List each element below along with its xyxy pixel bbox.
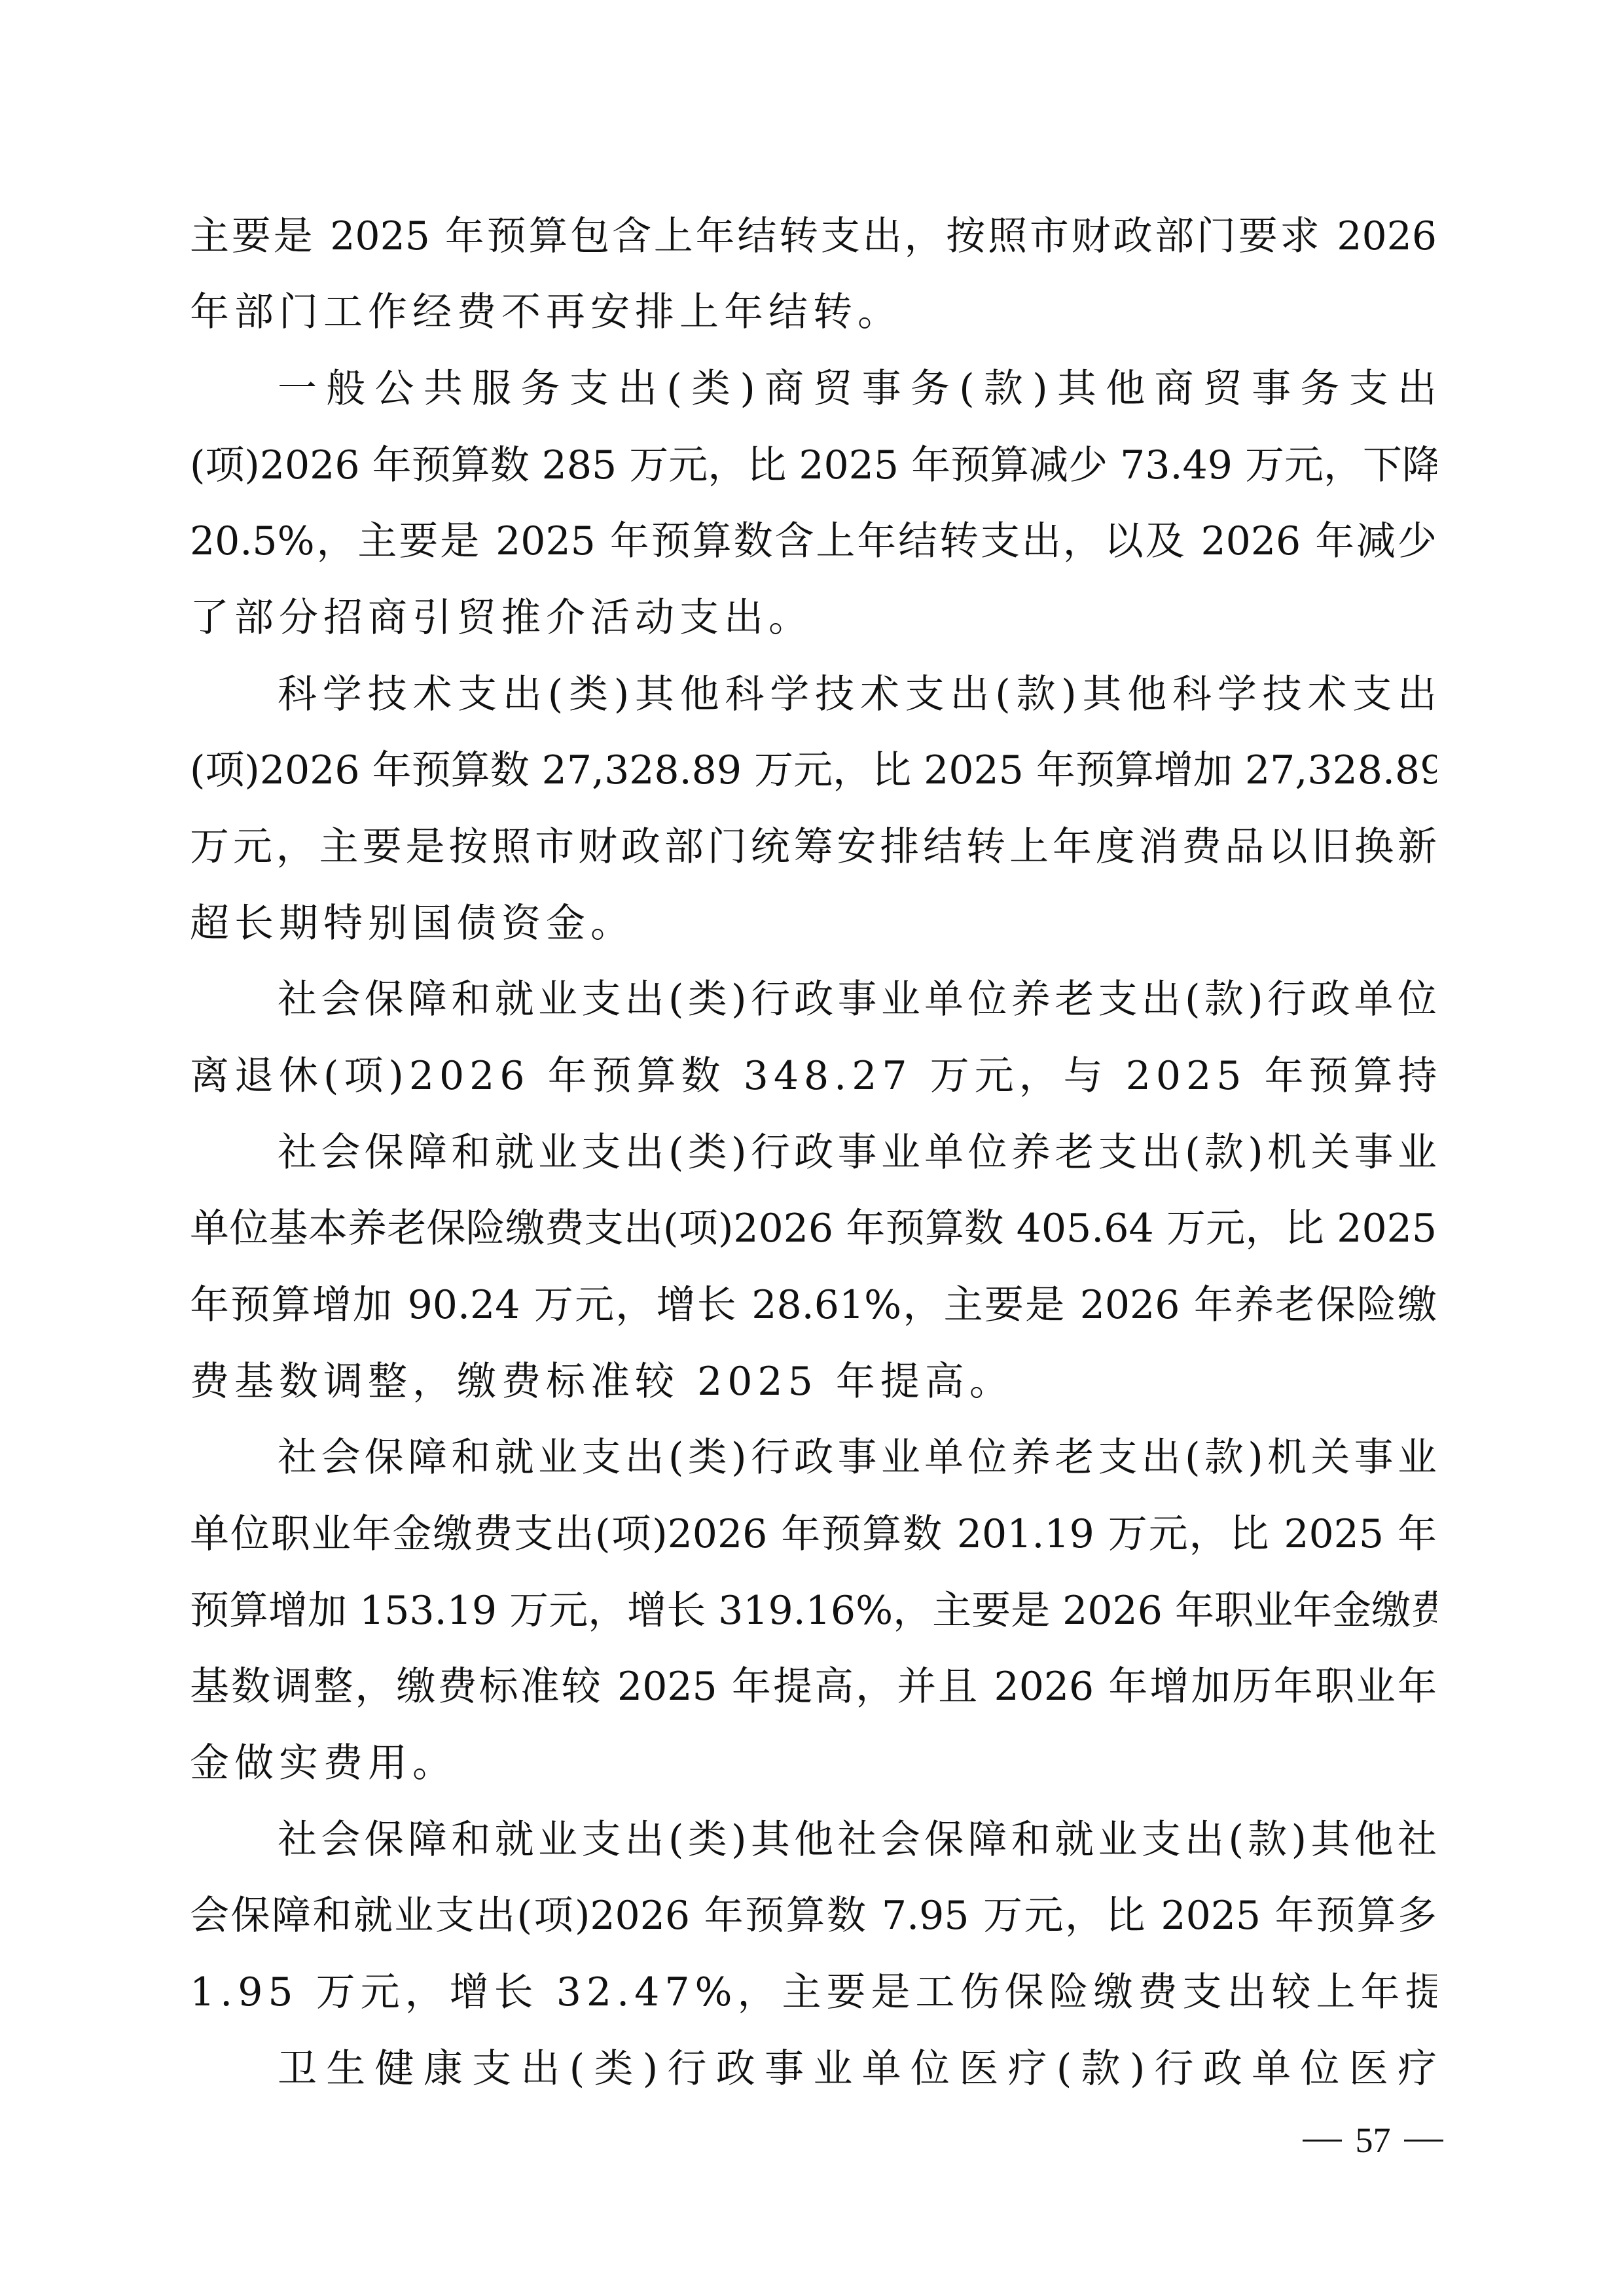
paragraph-first-line: 社会保障和就业支出(类)行政事业单位养老支出(款)机关事业 <box>278 1431 1437 1484</box>
body-text-line: 年部门工作经费不再安排上年结转。 <box>190 286 1437 338</box>
body-text-line: 主要是 2025 年预算包含上年结转支出，按照市财政部门要求 2026 <box>190 210 1437 262</box>
body-text-line: 1.95 万元，增长 32.47%，主要是工伤保险缴费支出较上年提高。 <box>190 1966 1437 2018</box>
page-number-left-dash <box>1303 2140 1342 2142</box>
paragraph-first-line: 科学技术支出(类)其他科学技术支出(款)其他科学技术支出 <box>278 668 1437 721</box>
body-text-line: 费基数调整，缴费标准较 2025 年提高。 <box>190 1355 1437 1408</box>
body-text-line: 离退休(项)2026 年预算数 348.27 万元，与 2025 年预算持平。 <box>190 1050 1437 1102</box>
body-text-line: 超长期特别国债资金。 <box>190 897 1437 950</box>
body-text-line: 基数调整，缴费标准较 2025 年提高，并且 2026 年增加历年职业年 <box>190 1660 1437 1713</box>
document-page: 主要是 2025 年预算包含上年结转支出，按照市财政部门要求 2026 年部门工… <box>0 0 1624 2296</box>
body-text-line: 了部分招商引贸推介活动支出。 <box>190 592 1437 644</box>
body-text-line: 年预算增加 90.24 万元，增长 28.61%，主要是 2026 年养老保险缴 <box>190 1279 1437 1331</box>
page-number: 57 <box>1303 2119 1443 2161</box>
paragraph-first-line: 社会保障和就业支出(类)行政事业单位养老支出(款)机关事业 <box>278 1126 1437 1179</box>
page-number-right-dash <box>1404 2140 1443 2142</box>
paragraph-first-line: 卫生健康支出(类)行政事业单位医疗(款)行政单位医疗 <box>278 2043 1437 2095</box>
body-text-line: (项)2026 年预算数 27,328.89 万元，比 2025 年预算增加 2… <box>190 744 1437 797</box>
body-text-line: 金做实费用。 <box>190 1737 1437 1789</box>
body-text-line: (项)2026 年预算数 285 万元，比 2025 年预算减少 73.49 万… <box>190 439 1437 492</box>
paragraph-first-line: 一般公共服务支出(类)商贸事务(款)其他商贸事务支出 <box>278 363 1437 415</box>
paragraph-first-line: 社会保障和就业支出(类)其他社会保障和就业支出(款)其他社 <box>278 1814 1437 1866</box>
body-text-line: 会保障和就业支出(项)2026 年预算数 7.95 万元，比 2025 年预算多 <box>190 1890 1437 1942</box>
body-text-line: 单位基本养老保险缴费支出(项)2026 年预算数 405.64 万元，比 202… <box>190 1202 1437 1255</box>
body-text-line: 预算增加 153.19 万元，增长 319.16%，主要是 2026 年职业年金… <box>190 1585 1437 1637</box>
body-text-line: 单位职业年金缴费支出(项)2026 年预算数 201.19 万元，比 2025 … <box>190 1508 1437 1560</box>
body-text-line: 20.5%，主要是 2025 年预算数含上年结转支出，以及 2026 年减少 <box>190 515 1437 567</box>
body-text-line: 万元，主要是按照市财政部门统筹安排结转上年度消费品以旧换新 <box>190 821 1437 873</box>
page-number-value: 57 <box>1356 2120 1391 2161</box>
paragraph-first-line: 社会保障和就业支出(类)行政事业单位养老支出(款)行政单位 <box>278 973 1437 1026</box>
